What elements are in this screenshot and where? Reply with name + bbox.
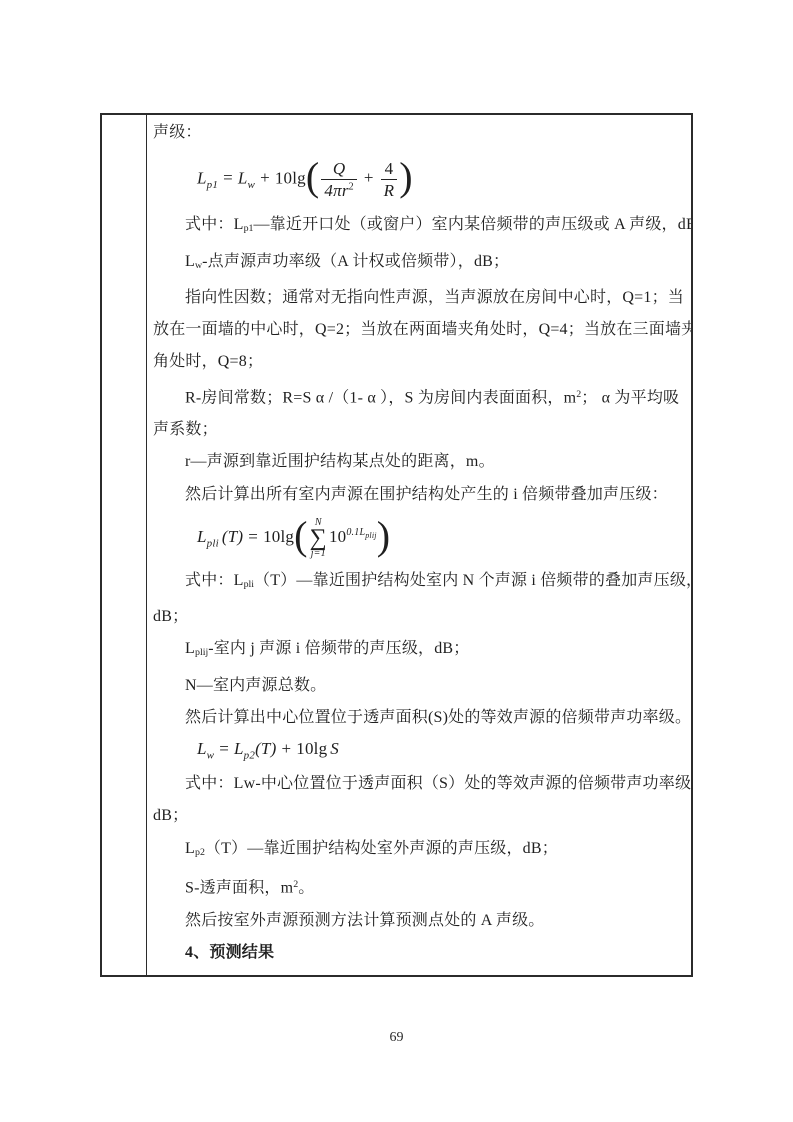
- formula-sound-power-level: Lw=Lp2(T)+10lgS: [197, 734, 686, 768]
- text-run-sub: p2: [195, 847, 205, 858]
- text-run: 声级：: [153, 124, 202, 141]
- formula-superposition-sum: Lpli(T)=10lg(N∑j=1100.1Lplij): [197, 511, 686, 565]
- text-run: -室内 j 声源 i 倍频带的声压级，dB；: [208, 640, 469, 657]
- text-run: （T）—靠近围护结构处室外声源的声压级，dB；: [205, 840, 558, 857]
- table-cell-left: [102, 115, 147, 975]
- sigma-sum: N∑j=1: [310, 517, 327, 559]
- text-run: 式中：Lw-中心位置位于透声面积（S）处的等效声源的倍频带声功率级，: [185, 775, 691, 792]
- paragraph-room-constant-1: R-房间常数；R=S α /（1- α ），S 为房间内表面面积，m2； α 为…: [153, 379, 686, 415]
- paragraph-lw-definition: Lw-点声源声功率级（A 计权或倍频带），dB；: [153, 246, 686, 282]
- paragraph-lp2-definition: Lp2（T）—靠近围护结构处室外声源的声压级，dB；: [153, 833, 686, 869]
- paragraph-superposition-intro: 然后计算出所有室内声源在围护结构处产生的 i 倍频带叠加声压级：: [153, 479, 686, 511]
- text-run: dB；: [153, 807, 188, 824]
- paragraph-results-reference: 通过预测模型计算,声环境保护目标噪声预测结果与达标分析见表 4-18。: [153, 969, 686, 975]
- text-run: 放在一面墙的中心时，Q=2；当放在两面墙夹角处时，Q=4；当放在三面墙夹: [153, 321, 691, 338]
- formula-room-sound-pressure: Lp1=Lw+10lg(Q4πr2+4R): [197, 149, 686, 209]
- formula-row: Lp1=Lw+10lg(Q4πr2+4R): [197, 160, 413, 199]
- text-run: S-透声面积，m: [185, 879, 293, 896]
- text-run: ； α 为平均吸: [581, 389, 679, 406]
- paragraph-r-distance: r—声源到靠近围护结构某点处的距离，m。: [153, 446, 686, 478]
- text-run: 式中：L: [185, 216, 244, 233]
- text-run: 指向性因数；通常对无指向性声源，当声源放在房间中心时，Q=1；当: [185, 289, 684, 306]
- text-run: 然后按室外声源预测方法计算预测点处的 A 声级。: [185, 912, 544, 929]
- page-number: 69: [0, 1030, 793, 1046]
- paragraph-db-continuation-2: dB；: [153, 800, 686, 832]
- text-run-sub: pli: [244, 579, 254, 590]
- fraction-4-over-r: 4R: [381, 160, 398, 199]
- paragraph-n-definition: N—室内声源总数。: [153, 670, 686, 702]
- paragraph-directivity-2: 放在一面墙的中心时，Q=2；当放在两面墙夹角处时，Q=4；当放在三面墙夹: [153, 314, 686, 346]
- paragraph-lpli-definition: 式中：Lpli（T）—靠近围护结构处室内 N 个声源 i 倍频带的叠加声压级，: [153, 565, 686, 601]
- text-run: 然后计算出中心位置位于透声面积(S)处的等效声源的倍频带声功率级。: [185, 709, 691, 726]
- open-paren: (: [306, 154, 320, 199]
- paragraph-lplij-definition: Lplij-室内 j 声源 i 倍频带的声压级，dB；: [153, 633, 686, 669]
- paragraph-directivity-1: 指向性因数；通常对无指向性声源，当声源放在房间中心时，Q=1；当: [153, 282, 686, 314]
- open-paren: (: [294, 513, 308, 558]
- text-run: L: [185, 640, 195, 657]
- text-run: dB；: [153, 608, 188, 625]
- text-run: N—室内声源总数。: [185, 677, 326, 694]
- text-run: R-房间常数；R=S α /（1- α ），S 为房间内表面面积，m: [185, 389, 576, 406]
- text-run: L: [185, 253, 195, 270]
- text-run: 然后计算出所有室内声源在围护结构处产生的 i 倍频带叠加声压级：: [185, 486, 668, 503]
- close-paren: ): [399, 154, 413, 199]
- sigma-symbol: ∑: [310, 528, 327, 548]
- formula-row: Lpli(T)=10lg(N∑j=1100.1Lplij): [197, 517, 390, 559]
- paragraph-lw2-definition: 式中：Lw-中心位置位于透声面积（S）处的等效声源的倍频带声功率级，: [153, 768, 686, 800]
- text-run: 声系数；: [153, 421, 218, 438]
- text-run: -点声源声功率级（A 计权或倍频带），dB；: [202, 253, 509, 270]
- text-run-sub: p1: [244, 223, 254, 234]
- text-run: L: [185, 840, 195, 857]
- text-run: 式中：L: [185, 572, 244, 589]
- paragraph-sound-level-label: 声级：: [153, 117, 686, 149]
- document-table: 声级： Lp1=Lw+10lg(Q4πr2+4R) 式中：Lp1—靠近开口处（或…: [100, 113, 693, 977]
- text-run: r—声源到靠近围护结构某点处的距离，m。: [185, 453, 495, 470]
- heading-prediction-results: 4、预测结果: [153, 937, 686, 969]
- paragraph-directivity-3: 角处时，Q=8；: [153, 346, 686, 378]
- paragraph-room-constant-2: 声系数；: [153, 414, 686, 446]
- fraction-q-over-4pir2: Q4πr2: [321, 160, 356, 199]
- paragraph-lp1-definition: 式中：Lp1—靠近开口处（或窗户）室内某倍频带的声压级或 A 声级，dB；: [153, 209, 686, 245]
- text-run: （T）—靠近围护结构处室内 N 个声源 i 倍频带的叠加声压级，: [254, 572, 691, 589]
- exponent: 0.1Lplij: [346, 527, 376, 538]
- text-run: 4、预测结果: [185, 944, 274, 961]
- paragraph-s-definition: S-透声面积，m2。: [153, 869, 686, 905]
- close-paren: ): [377, 513, 391, 558]
- paragraph-db-continuation-1: dB；: [153, 601, 686, 633]
- paragraph-outdoor-method: 然后按室外声源预测方法计算预测点处的 A 声级。: [153, 905, 686, 937]
- paragraph-power-level-intro: 然后计算出中心位置位于透声面积(S)处的等效声源的倍频带声功率级。: [153, 702, 686, 734]
- text-run: 角处时，Q=8；: [153, 353, 263, 370]
- text-run: 。: [298, 879, 314, 896]
- text-run-sub: plij: [195, 648, 208, 659]
- table-cell-main: 声级： Lp1=Lw+10lg(Q4πr2+4R) 式中：Lp1—靠近开口处（或…: [147, 115, 691, 975]
- formula-row: Lw=Lp2(T)+10lgS: [197, 740, 339, 761]
- text-run: —靠近开口处（或窗户）室内某倍频带的声压级或 A 声级，dB；: [253, 216, 691, 233]
